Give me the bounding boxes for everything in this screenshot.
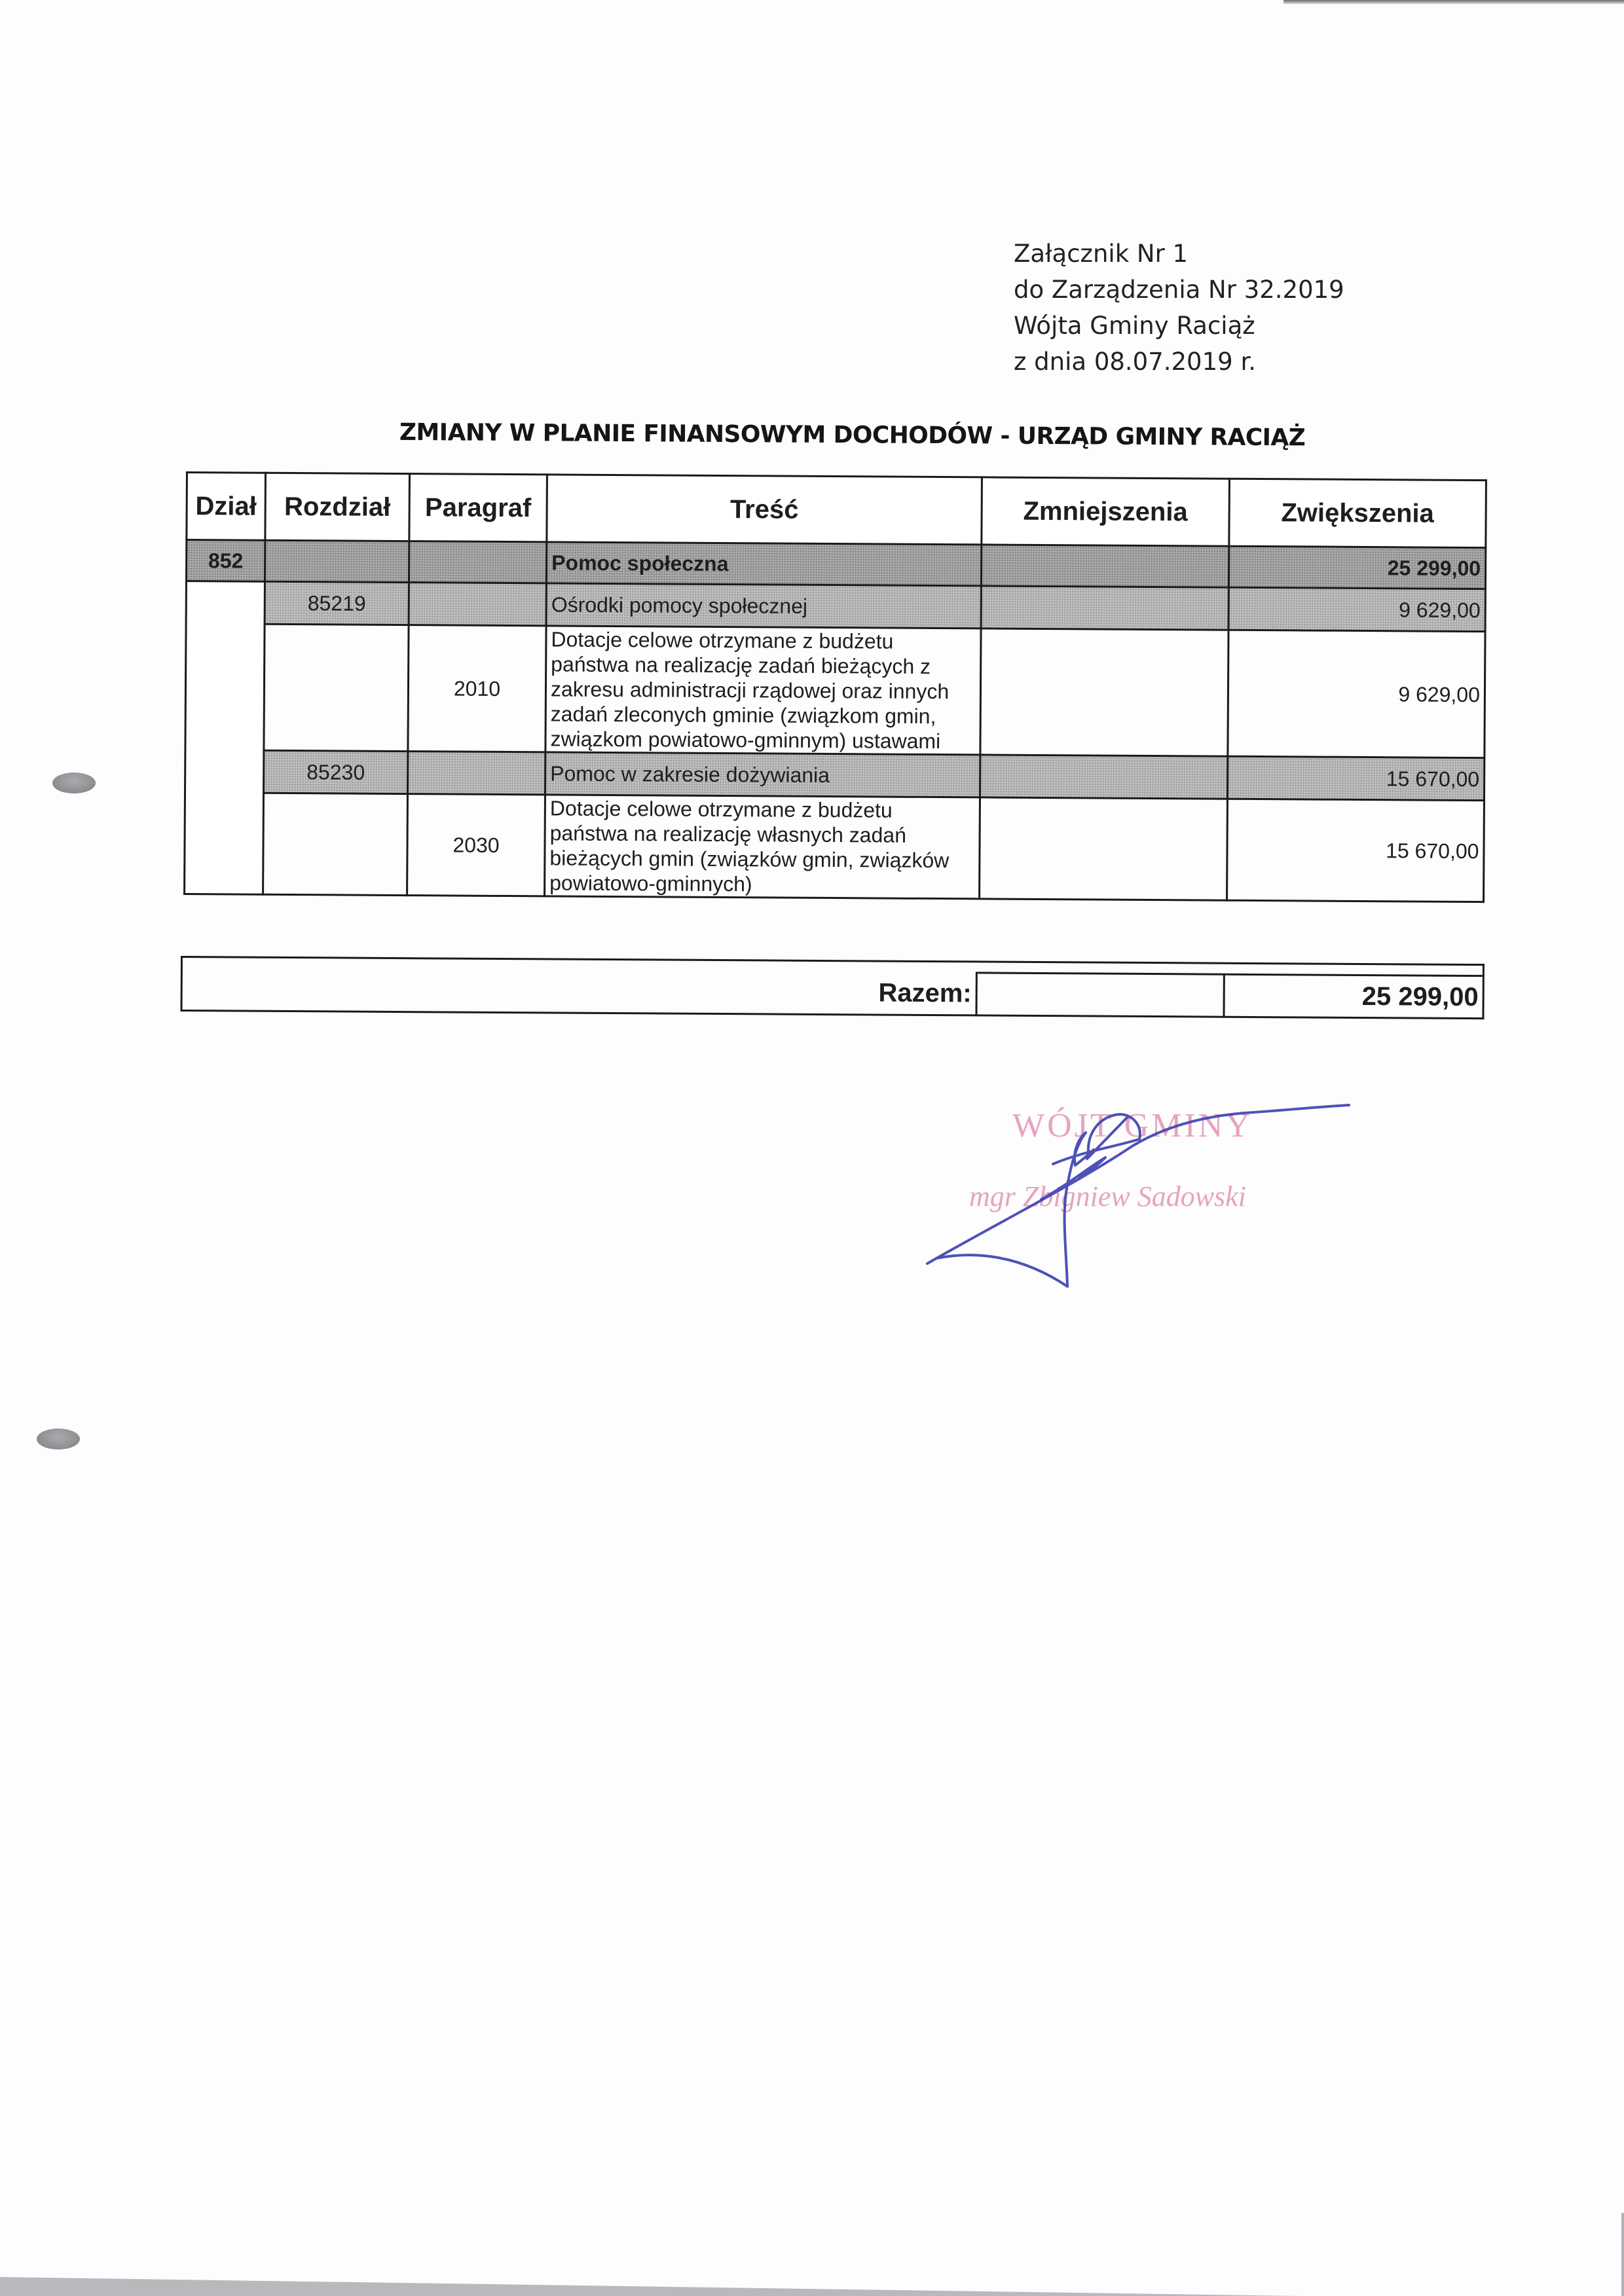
cell-zwiekszenia: 15 670,00 [1227,799,1485,902]
document-title: ZMIANY W PLANIE FINANSOWYM DOCHODÓW - UR… [399,419,1303,451]
cell-paragraf: 2030 [407,794,545,896]
cell-rozdzial [265,540,409,582]
table-row: 85230 Pomoc w zakresie dożywiania 15 670… [185,750,1485,801]
signature-icon [917,1087,1362,1296]
cell-paragraf [409,541,546,583]
table-row: 2010 Dotacje celowe otrzymane z budżetu … [185,624,1485,758]
total-row: Razem: 25 299,00 [181,968,1483,1019]
punch-hole-icon [52,773,96,793]
budget-table-container: Dział Rozdział Paragraf Treść Zmniejszen… [183,471,1485,903]
budget-changes-table: Dział Rozdział Paragraf Treść Zmniejszen… [183,471,1487,903]
cell-zmniejszenia [981,586,1228,630]
cell-rozdzial: 85230 [264,750,408,793]
table-row: 2030 Dotacje celowe otrzymane z budżetu … [185,793,1485,902]
column-header-rozdzial: Rozdział [265,473,410,541]
cell-tresc: Pomoc w zakresie dożywiania [545,752,980,797]
table-header-row: Dział Rozdział Paragraf Treść Zmniejszen… [187,473,1486,548]
cell-dzial [185,581,265,895]
total-zmniejszenia [976,973,1224,1017]
scan-edge-right [1621,2213,1624,2296]
issue-date: z dnia 08.07.2019 r. [1014,344,1344,380]
total-table: Razem: 25 299,00 [180,956,1484,1019]
scan-edge-bottom [0,2277,1624,2296]
attachment-header: Załącznik Nr 1 do Zarządzenia Nr 32.2019… [1014,236,1344,380]
cell-rozdzial [263,793,408,895]
issuer: Wójta Gminy Raciąż [1014,308,1344,344]
attachment-number: Załącznik Nr 1 [1014,236,1344,272]
cell-tresc: Ośrodki pomocy społecznej [546,583,981,629]
cell-zmniejszenia [980,755,1227,799]
column-header-tresc: Treść [547,475,982,545]
cell-paragraf [407,752,545,795]
cell-zmniejszenia [981,545,1228,587]
cell-zwiekszenia: 25 299,00 [1228,546,1485,589]
scan-edge-top [1283,0,1624,4]
column-header-zmniejszenia: Zmniejszenia [982,477,1230,546]
cell-zmniejszenia [980,629,1228,756]
cell-rozdzial: 85219 [265,581,409,625]
table-row: 85219 Ośrodki pomocy społecznej 9 629,00 [186,581,1485,632]
cell-zmniejszenia [980,797,1228,900]
ordinance-reference: do Zarządzenia Nr 32.2019 [1014,272,1344,308]
punch-hole-icon [37,1429,80,1449]
column-header-dzial: Dział [187,473,266,541]
cell-zwiekszenia: 9 629,00 [1228,587,1485,631]
total-container: Razem: 25 299,00 [180,956,1482,1019]
cell-dzial: 852 [186,540,265,582]
column-header-paragraf: Paragraf [409,474,547,542]
cell-tresc: Pomoc społeczna [546,542,981,586]
total-zwiekszenia: 25 299,00 [1224,974,1483,1018]
cell-paragraf [409,583,546,626]
column-header-zwiekszenia: Zwiększenia [1229,479,1486,547]
cell-paragraf: 2010 [408,625,546,752]
total-label: Razem: [181,968,976,1015]
cell-zwiekszenia: 9 629,00 [1228,630,1485,757]
cell-tresc: Dotacje celowe otrzymane z budżetu państ… [545,626,981,755]
cell-rozdzial [264,624,409,751]
cell-tresc: Dotacje celowe otrzymane z budżetu państ… [545,795,980,899]
cell-zwiekszenia: 15 670,00 [1227,756,1484,800]
